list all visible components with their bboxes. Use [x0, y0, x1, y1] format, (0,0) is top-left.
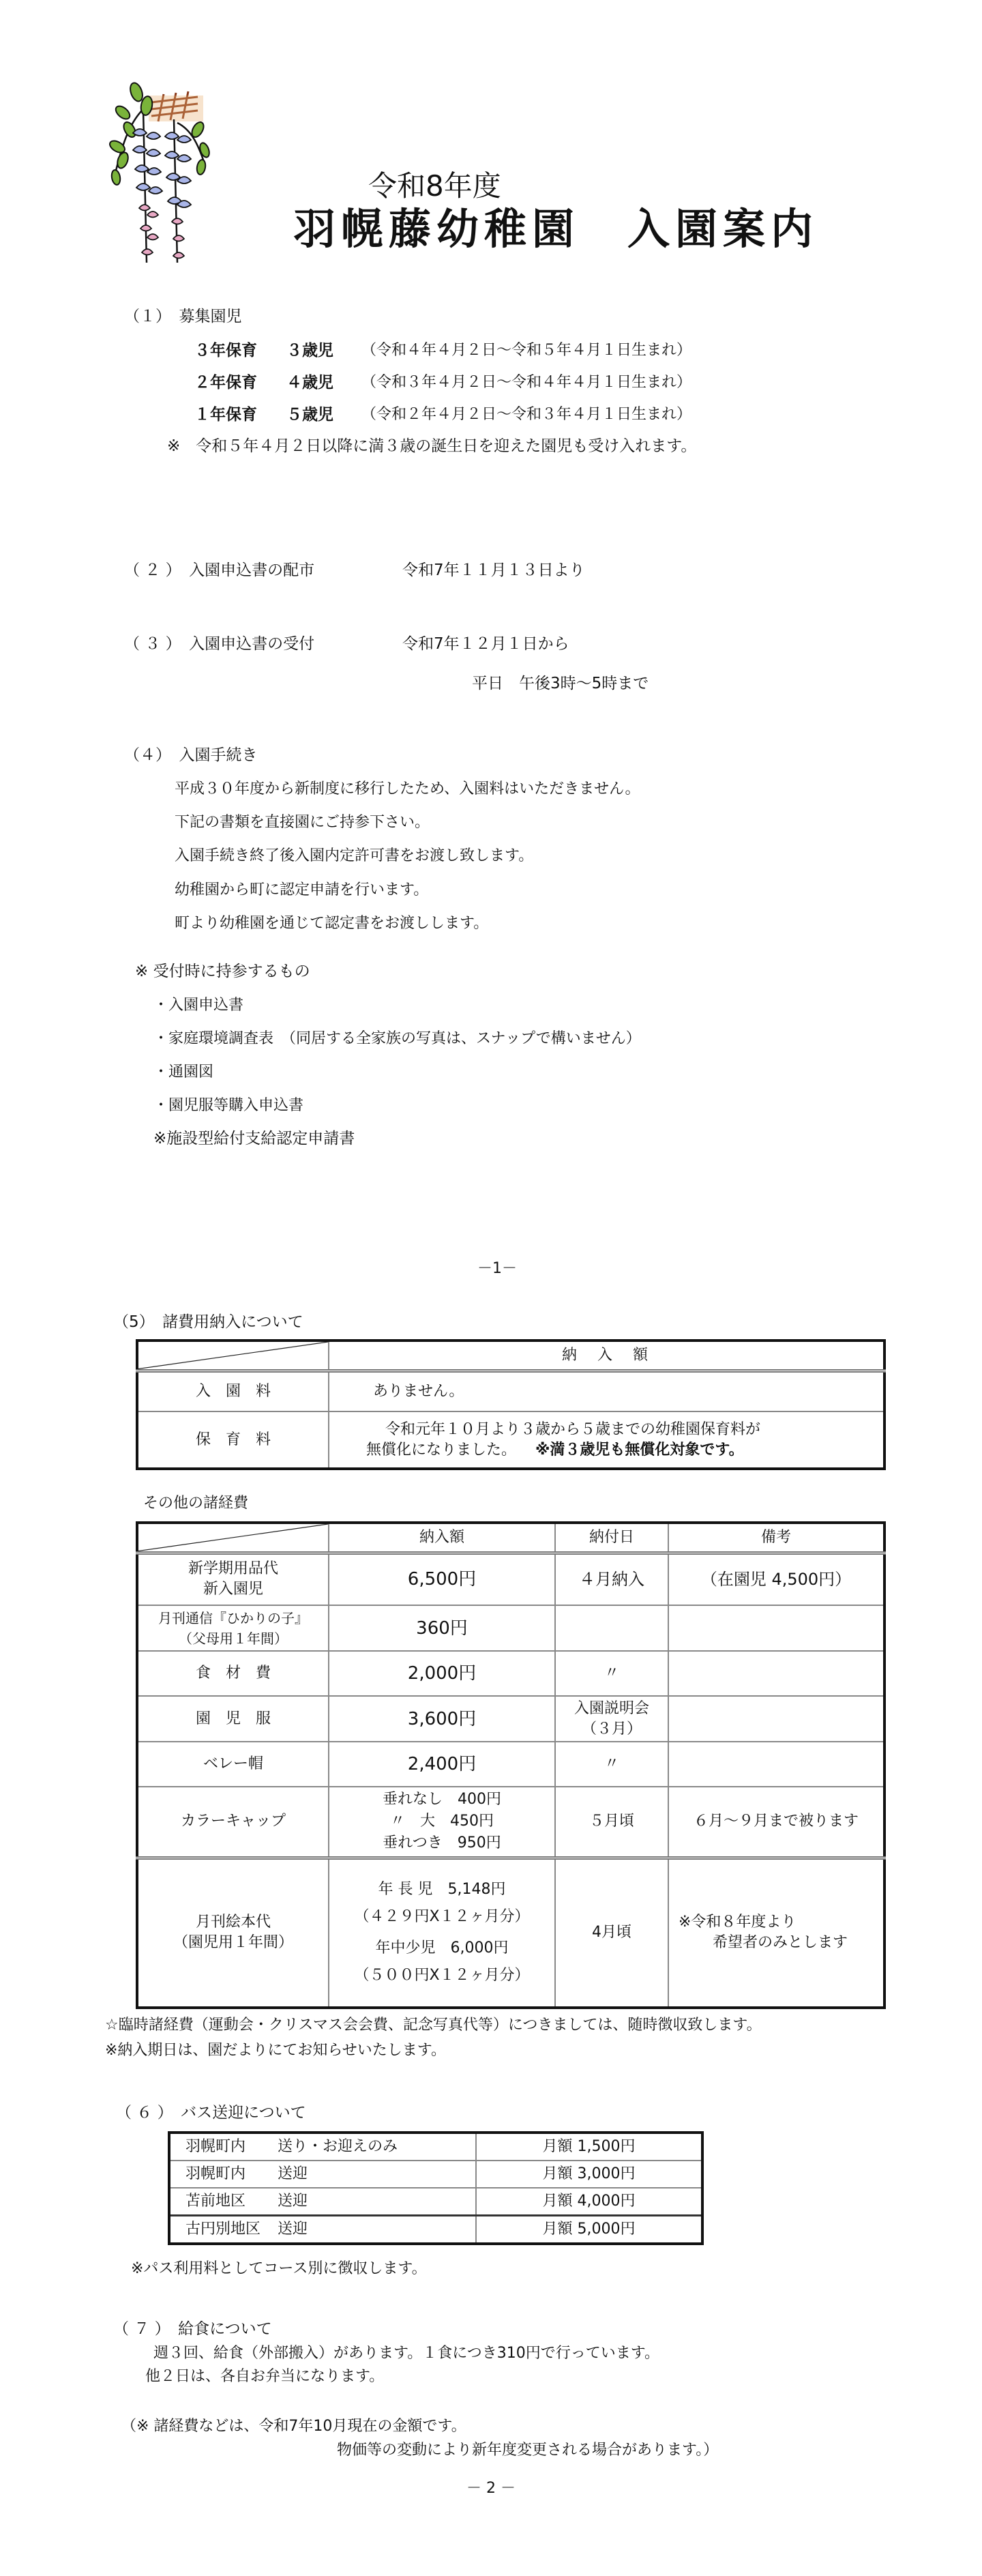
- fee-row-uniform: 園 児 服 3,600円 入園説明会（３月）: [137, 1696, 884, 1742]
- section3-hours: 平日 午後3時～5時まで: [472, 674, 649, 693]
- birth-2yr: （令和３年４月２日～令和４年４月１日生まれ）: [361, 373, 691, 392]
- fee-amount: 年 長 児 5,148円（４２９円X１２ヶ月分） 年中少児 6,000円（５００…: [329, 1858, 555, 2008]
- section2-heading: （ ２ ） 入園申込書の配市: [124, 561, 314, 580]
- fee-amount: 垂れなし 400円〃 大 450円垂れつき 950円: [329, 1787, 555, 1858]
- procedure-line: 町より幼稚園を通じて認定書をお渡しします。: [175, 914, 488, 933]
- fee-note: （在園児 4,500円）: [668, 1553, 884, 1605]
- fee-row-newsletter: 月刊通信『ひかりの子』（父母用１年間） 360円: [137, 1605, 884, 1651]
- bus-route: 苫前地区送迎: [169, 2188, 476, 2216]
- fee-note: [668, 1696, 884, 1742]
- fee-date: 4月頃: [555, 1858, 668, 2008]
- bus-fee: 月額 4,000円: [476, 2188, 702, 2216]
- fee-label: ベレー帽: [137, 1742, 329, 1787]
- page-number-2: － 2 －: [273, 2476, 709, 2498]
- age-1yr: ５歳児: [286, 405, 333, 424]
- childcare-fee-label: 保 育 料: [137, 1411, 329, 1469]
- fee-note: [668, 1742, 884, 1787]
- fee-note: [668, 1651, 884, 1696]
- bring-note: ※施設型給付支給認定申請書: [153, 1129, 355, 1148]
- lunch-line1: 週３回、給食（外部搬入）があります。１食につき310円で行っています。: [153, 2344, 659, 2363]
- procedure-line: 下記の書類を直接園にご持参下さい。: [175, 813, 430, 832]
- course-1yr: １年保育: [194, 405, 257, 424]
- section1-heading: （１） 募集園児: [124, 307, 242, 326]
- tuition-table: 納 入 額 入 園 料 ありません。 保 育 料 令和元年１０月より３歳から５歳…: [136, 1339, 886, 1470]
- tuition-header: 納 入 額: [329, 1341, 884, 1371]
- footer-note-line2: 物価等の変動により新年度変更される場合があります。）: [337, 2441, 718, 2460]
- childcare-fee-value: 令和元年１０月より３歳から５歳までの幼稚園保育料が 無償化になりました。 ※満３…: [329, 1411, 884, 1469]
- fee-amount: 360円: [329, 1605, 555, 1651]
- age-2yr: ４歳児: [286, 373, 333, 392]
- bus-fee: 月額 5,000円: [476, 2216, 702, 2244]
- fee-amount: 3,600円: [329, 1696, 555, 1742]
- fee-date: 〃: [555, 1742, 668, 1787]
- fee-row-picturebook: 月刊絵本代（園児用１年間） 年 長 児 5,148円（４２９円X１２ヶ月分） 年…: [137, 1858, 884, 2008]
- footer-note-line1: （※ 諸経費などは、令和7年10月現在の金額です。: [121, 2417, 466, 2436]
- bus-route: 羽幌町内送迎: [169, 2161, 476, 2188]
- section7-heading: （ ７ ） 給食について: [113, 2319, 272, 2339]
- header-amount: 納入額: [329, 1523, 555, 1553]
- course-3yr: ３年保育: [194, 341, 257, 360]
- bring-item: ・園児服等購入申込書: [153, 1096, 303, 1115]
- fee-label: 月刊通信『ひかりの子』（父母用１年間）: [137, 1605, 329, 1651]
- bring-item: ・通園図: [153, 1063, 213, 1082]
- year-label: 令和8年度: [368, 169, 501, 203]
- bus-route: 羽幌町内送り・お迎えのみ: [169, 2133, 476, 2161]
- childcare-fee-line2: 無償化になりました。 ※満３歳児も無償化対象です。: [366, 1440, 883, 1461]
- section3-heading: （ ３ ） 入園申込書の受付: [124, 634, 314, 654]
- section4-heading: （４） 入園手続き: [124, 746, 258, 765]
- fee-label: 月刊絵本代（園児用１年間）: [137, 1858, 329, 2008]
- section6-heading: （ ６ ） バス送迎について: [116, 2103, 306, 2122]
- page-title: 羽幌藤幼稚園 入園案内: [293, 205, 818, 254]
- other-fees-heading: その他の諸経費: [143, 1494, 248, 1513]
- fee-label: 新学期用品代新入園児: [137, 1553, 329, 1605]
- bring-heading: ※ 受付時に持参するもの: [135, 962, 310, 981]
- fee-row-food: 食 材 費 2,000円 〃: [137, 1651, 884, 1696]
- fee-label: カラーキャップ: [137, 1787, 329, 1858]
- fee-date: [555, 1605, 668, 1651]
- lunch-line2: 他２日は、各自お弁当になります。: [145, 2367, 384, 2386]
- fee-note: [668, 1605, 884, 1651]
- section5-heading: （5） 諸費用納入について: [113, 1313, 303, 1332]
- other-fees-table: 納入額 納付日 備考 新学期用品代新入園児 6,500円 ４月納入 （在園児 4…: [136, 1521, 886, 2009]
- birth-3yr: （令和４年４月２日～令和５年４月１日生まれ）: [361, 341, 691, 360]
- bus-route: 古円別地区送迎: [169, 2216, 476, 2244]
- bus-fee-table: 羽幌町内送り・お迎えのみ 月額 1,500円 羽幌町内送迎 月額 3,000円 …: [168, 2131, 704, 2245]
- birth-1yr: （令和２年４月２日～令和３年４月１日生まれ）: [361, 405, 691, 424]
- entrance-fee-label: 入 園 料: [137, 1371, 329, 1411]
- bus-fee: 月額 1,500円: [476, 2133, 702, 2161]
- procedure-line: 幼稚園から町に認定申請を行います。: [175, 881, 428, 900]
- bus-row: 羽幌町内送迎 月額 3,000円: [169, 2161, 702, 2188]
- bus-fee: 月額 3,000円: [476, 2161, 702, 2188]
- fee-amount: 2,000円: [329, 1651, 555, 1696]
- wisteria-icon: [109, 82, 218, 266]
- fee-date: ５月頃: [555, 1787, 668, 1858]
- fee-date: ４月納入: [555, 1553, 668, 1605]
- fee-date: 〃: [555, 1651, 668, 1696]
- bus-row: 古円別地区送迎 月額 5,000円: [169, 2216, 702, 2244]
- entrance-fee-value: ありません。: [329, 1371, 884, 1411]
- fee-note-line: ☆臨時諸経費（運動会・クリスマス会会費、記念写真代等）につきましては、随時徴収致…: [105, 2016, 762, 2035]
- section1-note: ※ 令和５年４月２日以降に満３歳の誕生日を迎えた園児も受け入れます。: [167, 437, 696, 456]
- fee-amount: 6,500円: [329, 1553, 555, 1605]
- bus-row: 羽幌町内送り・お迎えのみ 月額 1,500円: [169, 2133, 702, 2161]
- diagonal-cell: [137, 1341, 329, 1371]
- bus-row: 苫前地区送迎 月額 4,000円: [169, 2188, 702, 2216]
- course-2yr: ２年保育: [194, 373, 257, 392]
- childcare-fee-bold-note: ※満３歳児も無償化対象です。: [535, 1441, 744, 1459]
- page-number-1: －1－: [477, 1257, 517, 1278]
- fee-row-cap: カラーキャップ 垂れなし 400円〃 大 450円垂れつき 950円 ５月頃 ６…: [137, 1787, 884, 1858]
- fee-label: 園 児 服: [137, 1696, 329, 1742]
- age-3yr: ３歳児: [286, 341, 333, 360]
- bus-note: ※パス利用料としてコース別に徴収します。: [131, 2259, 427, 2279]
- bring-item: ・入園申込書: [153, 996, 243, 1015]
- childcare-fee-text: 無償化になりました。: [366, 1441, 516, 1459]
- procedure-line: 平成３０年度から新制度に移行したため、入園料はいただきません。: [175, 780, 640, 799]
- childcare-fee-line1: 令和元年１０月より３歳から５歳までの幼稚園保育料が: [366, 1420, 883, 1440]
- fee-note-line: ※納入期日は、園だよりにてお知らせいたします。: [105, 2041, 446, 2060]
- procedure-line: 入園手続き終了後入園内定許可書をお渡し致します。: [175, 847, 533, 866]
- fee-note: ※令和８年度より希望者のみとします: [668, 1858, 884, 2008]
- fee-date: 入園説明会（３月）: [555, 1696, 668, 1742]
- section2-value: 令和7年１１月１３日より: [402, 561, 585, 580]
- diagonal-cell: [137, 1523, 329, 1553]
- fee-amount: 2,400円: [329, 1742, 555, 1787]
- fee-row-supplies: 新学期用品代新入園児 6,500円 ４月納入 （在園児 4,500円）: [137, 1553, 884, 1605]
- fee-note: ６月～９月まで被ります: [668, 1787, 884, 1858]
- fee-row-beret: ベレー帽 2,400円 〃: [137, 1742, 884, 1787]
- header-remarks: 備考: [668, 1523, 884, 1553]
- header-due-date: 納付日: [555, 1523, 668, 1553]
- section3-value: 令和7年１２月１日から: [402, 634, 569, 654]
- bring-item: ・家庭環境調査表 （同居する全家族の写真は、スナップで構いません）: [153, 1029, 641, 1049]
- fee-label: 食 材 費: [137, 1651, 329, 1696]
